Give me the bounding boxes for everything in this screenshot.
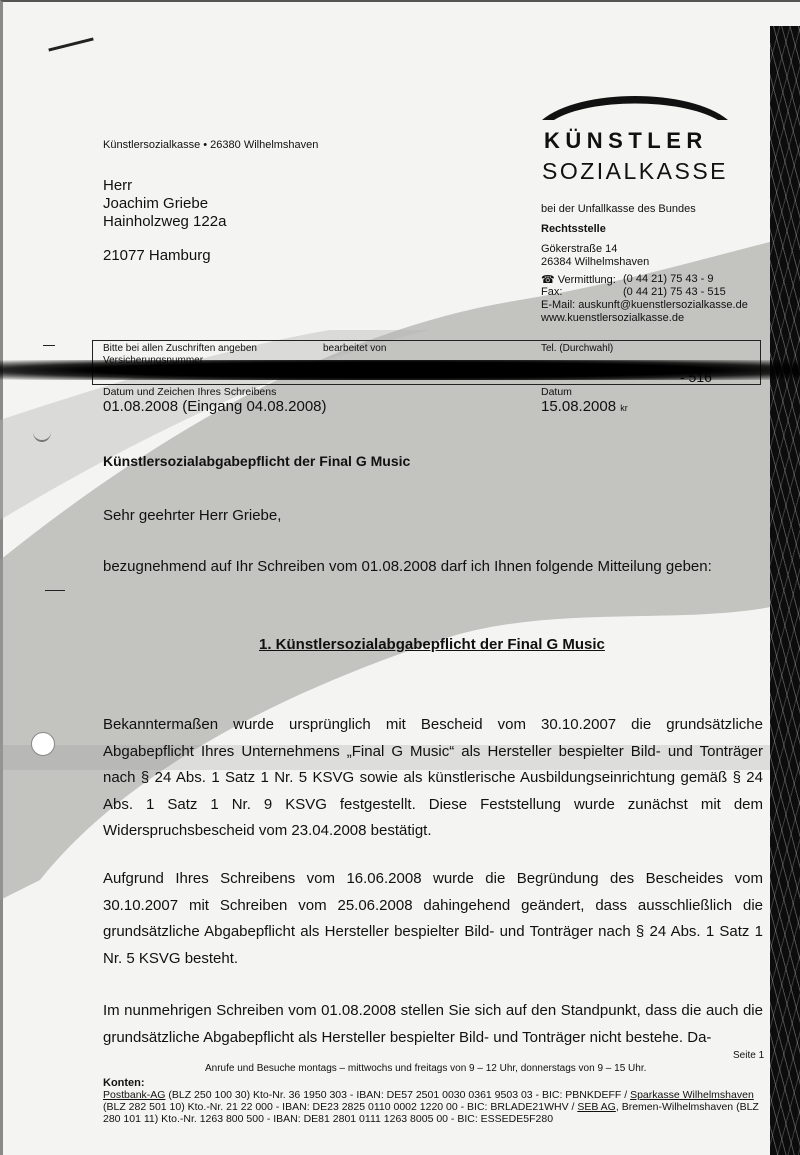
page-number: Seite 1 xyxy=(733,1050,764,1061)
date-label: Datum xyxy=(541,386,572,398)
punch-hole xyxy=(31,732,55,756)
punch-hole xyxy=(33,422,51,442)
org-fax-label: Fax: xyxy=(541,286,562,298)
footer-accounts-label: Konten: xyxy=(103,1077,145,1089)
footer-hours: Anrufe und Besuche montags – mittwochs u… xyxy=(205,1063,646,1074)
paragraph-2: Aufgrund Ihres Schreibens vom 16.06.2008… xyxy=(103,866,763,972)
reference-handled-by-label: bearbeitet von xyxy=(323,343,386,354)
bank-sparkasse: Sparkasse Wilhelmshaven xyxy=(630,1089,754,1101)
paragraph-1: Bekanntermaßen wurde ursprünglich mit Be… xyxy=(103,712,763,845)
reference-phone-label: Tel. (Durchwahl) xyxy=(541,343,613,354)
bank-seb: SEB AG xyxy=(577,1101,616,1113)
org-subtitle: bei der Unfallkasse des Bundes xyxy=(541,203,696,215)
sender-return-address: Künstlersozialkasse • 26380 Wilhelmshave… xyxy=(103,139,318,151)
logo-text-kuenstler: KÜNSTLER xyxy=(544,128,708,154)
letter-greeting: Sehr geehrter Herr Griebe, xyxy=(103,507,281,524)
your-letter-label: Datum und Zeichen Ihres Schreibens xyxy=(103,386,276,398)
org-street: Gökerstraße 14 xyxy=(541,243,617,255)
scan-mark xyxy=(45,590,65,591)
letter-intro: bezugnehmend auf Ihr Schreiben vom 01.08… xyxy=(103,558,712,575)
redaction-bar xyxy=(0,360,800,380)
bank-postbank: Postbank-AG xyxy=(103,1089,165,1101)
date-value-text: 15.08.2008 xyxy=(541,398,616,415)
org-fax: (0 44 21) 75 43 - 515 xyxy=(623,286,726,298)
org-website[interactable]: www.kuenstlersozialkasse.de xyxy=(541,312,684,324)
org-phone-label: Vermittlung: xyxy=(558,274,616,286)
date-suffix: kr xyxy=(620,403,628,413)
section-title: 1. Künstlersozialabgabepflicht der Final… xyxy=(259,636,605,653)
org-fax-row: Fax: (0 44 21) 75 43 - 515 xyxy=(541,286,562,298)
paragraph-3: Im nunmehrigen Schreiben vom 01.08.2008 … xyxy=(103,998,763,1051)
recipient-street: Hainholzweg 122a xyxy=(103,213,226,231)
org-phone-row: ☎ Vermittlung: (0 44 21) 75 43 - 9 xyxy=(541,273,616,286)
recipient-name: Joachim Griebe xyxy=(103,195,208,213)
date-value: 15.08.2008 kr xyxy=(541,398,628,415)
logo-arc-icon xyxy=(540,86,730,122)
your-letter-value: 01.08.2008 (Eingang 04.08.2008) xyxy=(103,398,327,415)
org-phone: (0 44 21) 75 43 - 9 xyxy=(623,273,714,285)
reference-please-label: Bitte bei allen Zuschriften angeben xyxy=(103,343,257,354)
bank-sparkasse-details: (BLZ 282 501 10) Kto.-Nr. 21 22 000 - IB… xyxy=(103,1101,577,1113)
org-department: Rechtsstelle xyxy=(541,223,606,235)
scan-edge-band xyxy=(770,26,800,1155)
org-email[interactable]: E-Mail: auskunft@kuenstlersozialkasse.de xyxy=(541,299,748,311)
org-city: 26384 Wilhelmshaven xyxy=(541,256,649,268)
scan-mark xyxy=(43,345,55,346)
letter-subject: Künstlersozialabgabepflicht der Final G … xyxy=(103,453,410,469)
recipient-salutation: Herr xyxy=(103,177,132,195)
phone-icon: ☎ xyxy=(541,274,555,286)
recipient-city: 21077 Hamburg xyxy=(103,247,211,265)
bank-postbank-details: (BLZ 250 100 30) Kto-Nr. 36 1950 303 - I… xyxy=(165,1089,630,1101)
logo-text-sozialkasse: SOZIALKASSE xyxy=(542,158,728,185)
footer-accounts: Postbank-AG (BLZ 250 100 30) Kto-Nr. 36 … xyxy=(103,1089,763,1125)
